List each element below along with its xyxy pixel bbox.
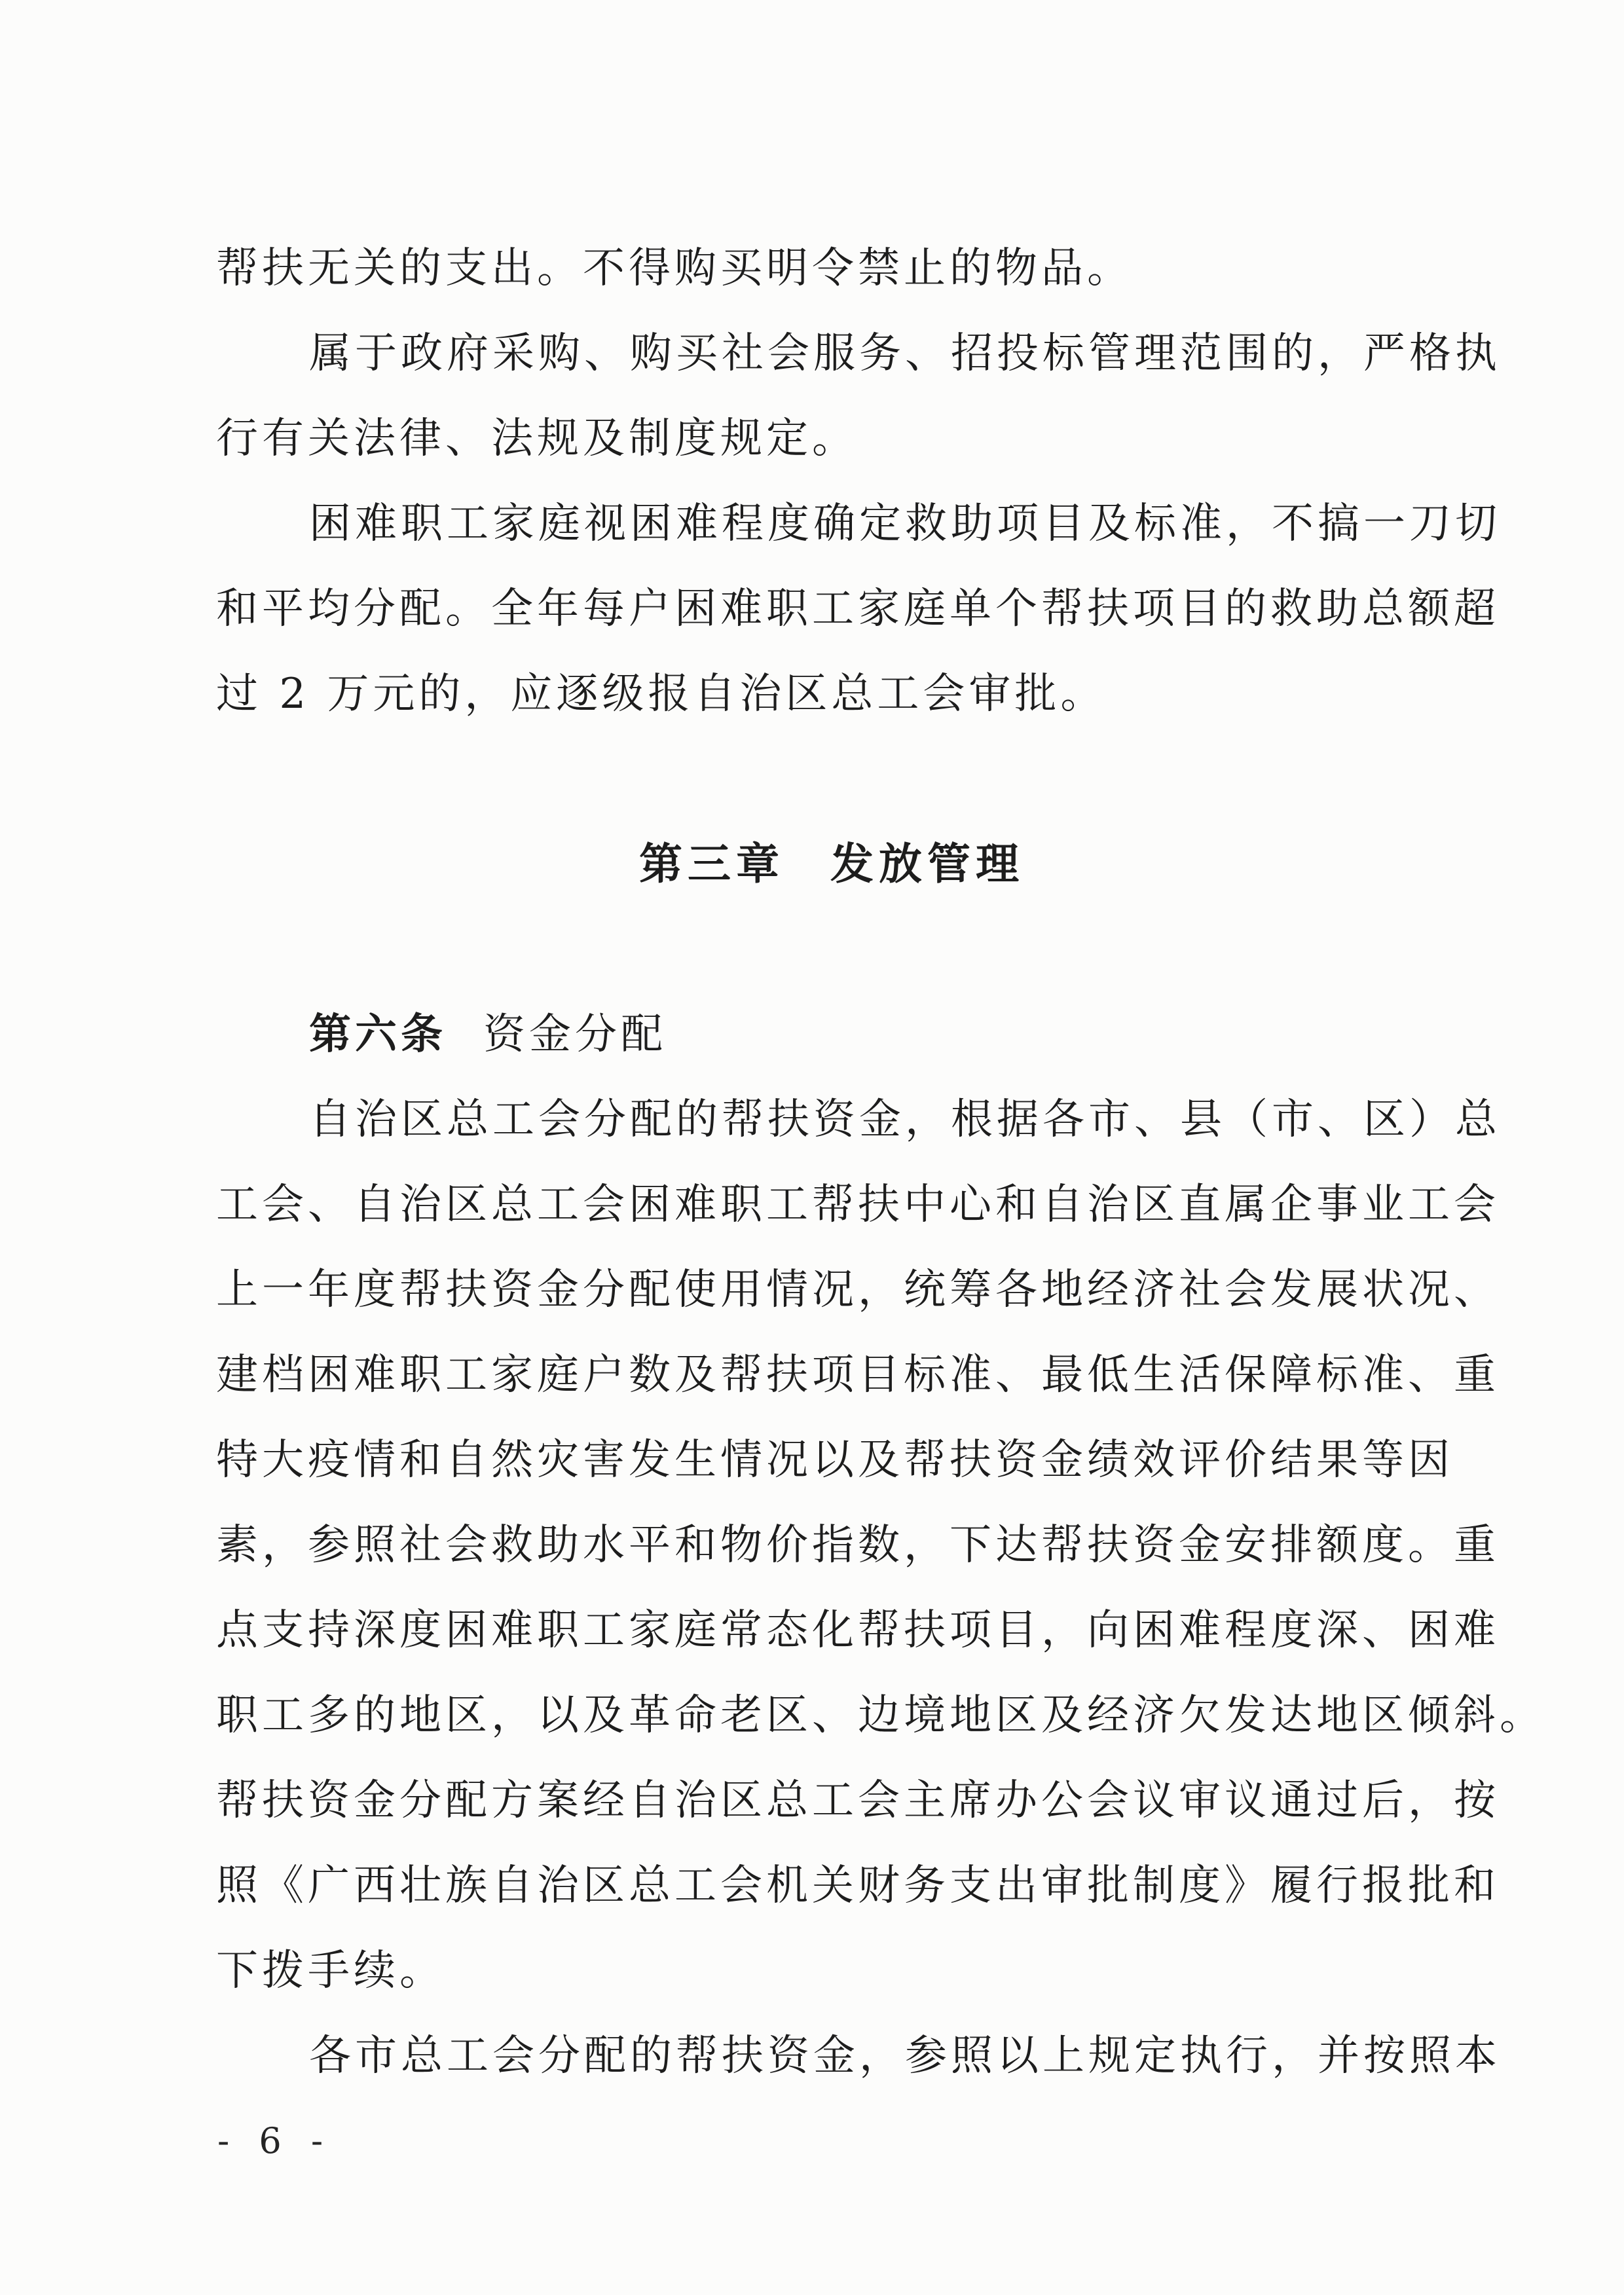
text-line: 素，参照社会救助水平和物价指数，下达帮扶资金安排额度。重 [216, 1503, 1447, 1588]
text-line: 自治区总工会分配的帮扶资金，根据各市、县（市、区）总 [216, 1077, 1447, 1162]
text-line: 各市总工会分配的帮扶资金，参照以上规定执行，并按照本 [216, 2013, 1447, 2099]
chapter-number: 第三章 [639, 839, 784, 889]
text-line: 点支持深度困难职工家庭常态化帮扶项目，向困难程度深、困难 [216, 1588, 1447, 1673]
vertical-space [216, 737, 1447, 822]
text-line: 建档困难职工家庭户数及帮扶项目标准、最低生活保障标准、重 [216, 1332, 1447, 1418]
document-body: 帮扶无关的支出。不得购买明令禁止的物品。 属于政府采购、购买社会服务、招投标管理… [216, 226, 1447, 2099]
text-line: 和平均分配。全年每户困难职工家庭单个帮扶项目的救助总额超 [216, 566, 1447, 652]
text-line: 过 2 万元的，应逐级报自治区总工会审批。 [216, 652, 1447, 737]
clause-title: 资金分配 [483, 1010, 667, 1059]
text-line: 困难职工家庭视困难程度确定救助项目及标准，不搞一刀切 [216, 481, 1447, 566]
clause-heading: 第六条资金分配 [216, 992, 1447, 1077]
text-line: 属于政府采购、购买社会服务、招投标管理范围的，严格执 [216, 311, 1447, 396]
document-page: 帮扶无关的支出。不得购买明令禁止的物品。 属于政府采购、购买社会服务、招投标管理… [0, 0, 1624, 2295]
text-line: 下拨手续。 [216, 1928, 1447, 2013]
clause-number: 第六条 [309, 1010, 447, 1059]
text-line: 职工多的地区，以及革命老区、边境地区及经济欠发达地区倾斜。 [216, 1673, 1447, 1758]
chapter-heading: 第三章发放管理 [216, 822, 1447, 907]
chapter-title: 发放管理 [830, 839, 1024, 889]
text-line: 行有关法律、法规及制度规定。 [216, 396, 1447, 481]
text-line: 上一年度帮扶资金分配使用情况，统筹各地经济社会发展状况、 [216, 1247, 1447, 1332]
text-line: 帮扶资金分配方案经自治区总工会主席办公会议审议通过后，按 [216, 1758, 1447, 1843]
text-line: 工会、自治区总工会困难职工帮扶中心和自治区直属企事业工会 [216, 1162, 1447, 1247]
page-number: - 6 - [217, 2120, 332, 2161]
text-line: 帮扶无关的支出。不得购买明令禁止的物品。 [216, 226, 1447, 311]
vertical-space [216, 907, 1447, 992]
text-line: 照《广西壮族自治区总工会机关财务支出审批制度》履行报批和 [216, 1843, 1447, 1928]
text-line: 特大疫情和自然灾害发生情况以及帮扶资金绩效评价结果等因 [216, 1418, 1447, 1503]
